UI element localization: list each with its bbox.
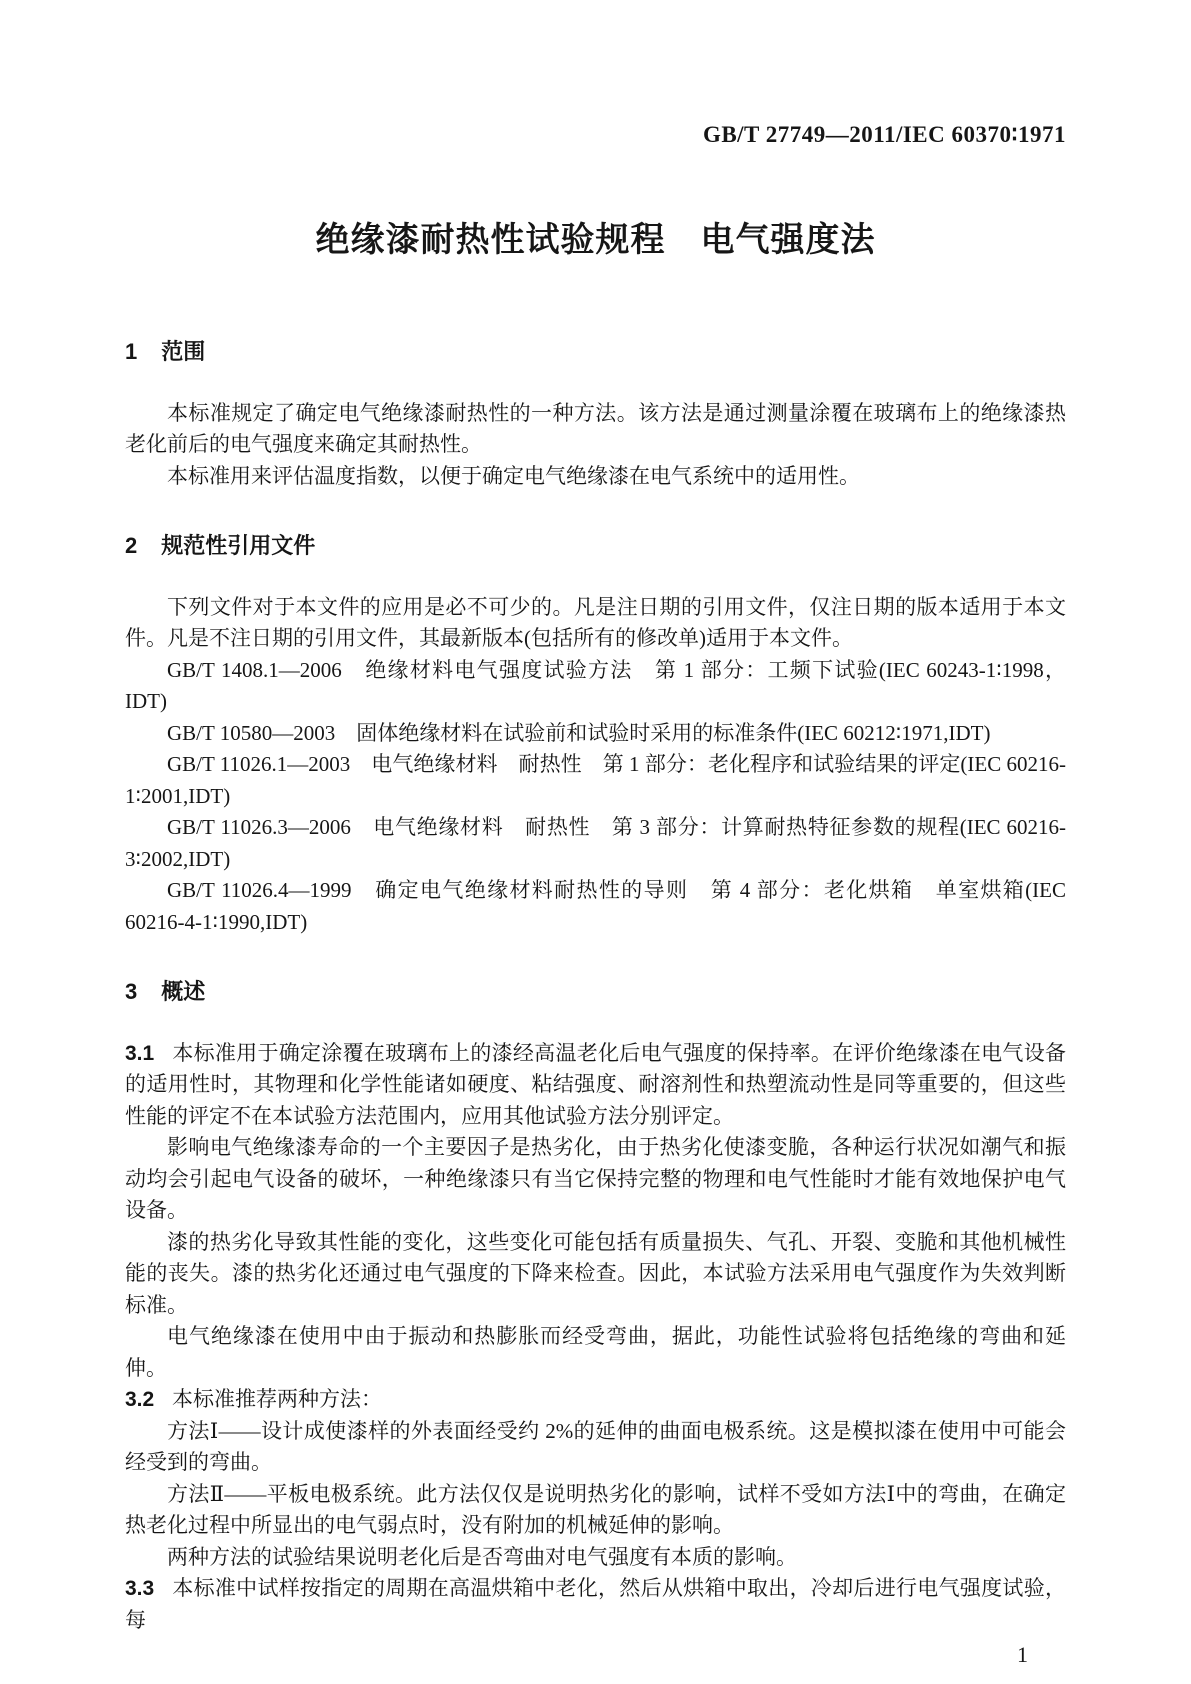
paragraph: 方法Ⅰ——设计成使漆样的外表面经受约 2%的延伸的曲面电极系统。这是模拟漆在使用…: [125, 1416, 1066, 1479]
page-content: GB/T 27749—2011/IEC 60370∶1971 绝缘漆耐热性试验规…: [125, 0, 1066, 1670]
clause-paragraph: 3.1本标准用于确定涂覆在玻璃布上的漆经高温老化后电气强度的保持率。在评价绝缘漆…: [125, 1038, 1066, 1133]
clause-text: 本标准推荐两种方法：: [172, 1387, 382, 1411]
section-number: 3: [125, 976, 137, 1008]
paragraph: 本标准规定了确定电气绝缘漆耐热性的一种方法。该方法是通过测量涂覆在玻璃布上的绝缘…: [125, 398, 1066, 461]
clause-paragraph: 3.2本标准推荐两种方法：: [125, 1384, 1066, 1416]
paragraph: 漆的热劣化导致其性能的变化，这些变化可能包括有质量损失、气孔、开裂、变脆和其他机…: [125, 1227, 1066, 1322]
paragraph: 本标准用来评估温度指数，以便于确定电气绝缘漆在电气系统中的适用性。: [125, 461, 1066, 493]
section-number: 2: [125, 530, 137, 562]
section-1-heading: 1范围: [125, 336, 1066, 368]
section-2-heading: 2规范性引用文件: [125, 530, 1066, 562]
document-page: GB/T 27749—2011/IEC 60370∶1971 绝缘漆耐热性试验规…: [0, 0, 1191, 1684]
clause-label: 3.3: [125, 1577, 154, 1600]
standard-number: GB/T 27749—2011/IEC 60370∶1971: [125, 122, 1066, 148]
section-3-heading: 3概述: [125, 976, 1066, 1008]
section-title: 规范性引用文件: [161, 533, 315, 558]
reference-item: GB/T 11026.4—1999 确定电气绝缘材料耐热性的导则 第 4 部分：…: [125, 875, 1066, 938]
clause-text: 本标准用于确定涂覆在玻璃布上的漆经高温老化后电气强度的保持率。在评价绝缘漆在电气…: [125, 1041, 1066, 1128]
section-title: 范围: [161, 339, 205, 364]
clause-paragraph: 3.3本标准中试样按指定的周期在高温烘箱中老化，然后从烘箱中取出，冷却后进行电气…: [125, 1573, 1066, 1636]
paragraph: 两种方法的试验结果说明老化后是否弯曲对电气强度有本质的影响。: [125, 1542, 1066, 1574]
clause-text: 本标准中试样按指定的周期在高温烘箱中老化，然后从烘箱中取出，冷却后进行电气强度试…: [125, 1576, 1066, 1632]
reference-item: GB/T 11026.3—2006 电气绝缘材料 耐热性 第 3 部分：计算耐热…: [125, 812, 1066, 875]
clause-label: 3.1: [125, 1042, 154, 1065]
page-number: 1: [125, 1640, 1066, 1670]
section-title: 概述: [161, 979, 205, 1004]
section-number: 1: [125, 336, 137, 368]
document-title: 绝缘漆耐热性试验规程 电气强度法: [125, 220, 1066, 260]
clause-label: 3.2: [125, 1388, 154, 1411]
paragraph: 下列文件对于本文件的应用是必不可少的。凡是注日期的引用文件，仅注日期的版本适用于…: [125, 592, 1066, 655]
paragraph: 方法Ⅱ——平板电极系统。此方法仅仅是说明热劣化的影响，试样不受如方法Ⅰ中的弯曲，…: [125, 1479, 1066, 1542]
paragraph: 电气绝缘漆在使用中由于振动和热膨胀而经受弯曲，据此，功能性试验将包括绝缘的弯曲和…: [125, 1321, 1066, 1384]
paragraph: 影响电气绝缘漆寿命的一个主要因子是热劣化，由于热劣化使漆变脆，各种运行状况如潮气…: [125, 1132, 1066, 1227]
reference-item: GB/T 10580—2003 固体绝缘材料在试验前和试验时采用的标准条件(IE…: [125, 718, 1066, 750]
reference-item: GB/T 11026.1—2003 电气绝缘材料 耐热性 第 1 部分：老化程序…: [125, 749, 1066, 812]
reference-item: GB/T 1408.1—2006 绝缘材料电气强度试验方法 第 1 部分：工频下…: [125, 655, 1066, 718]
